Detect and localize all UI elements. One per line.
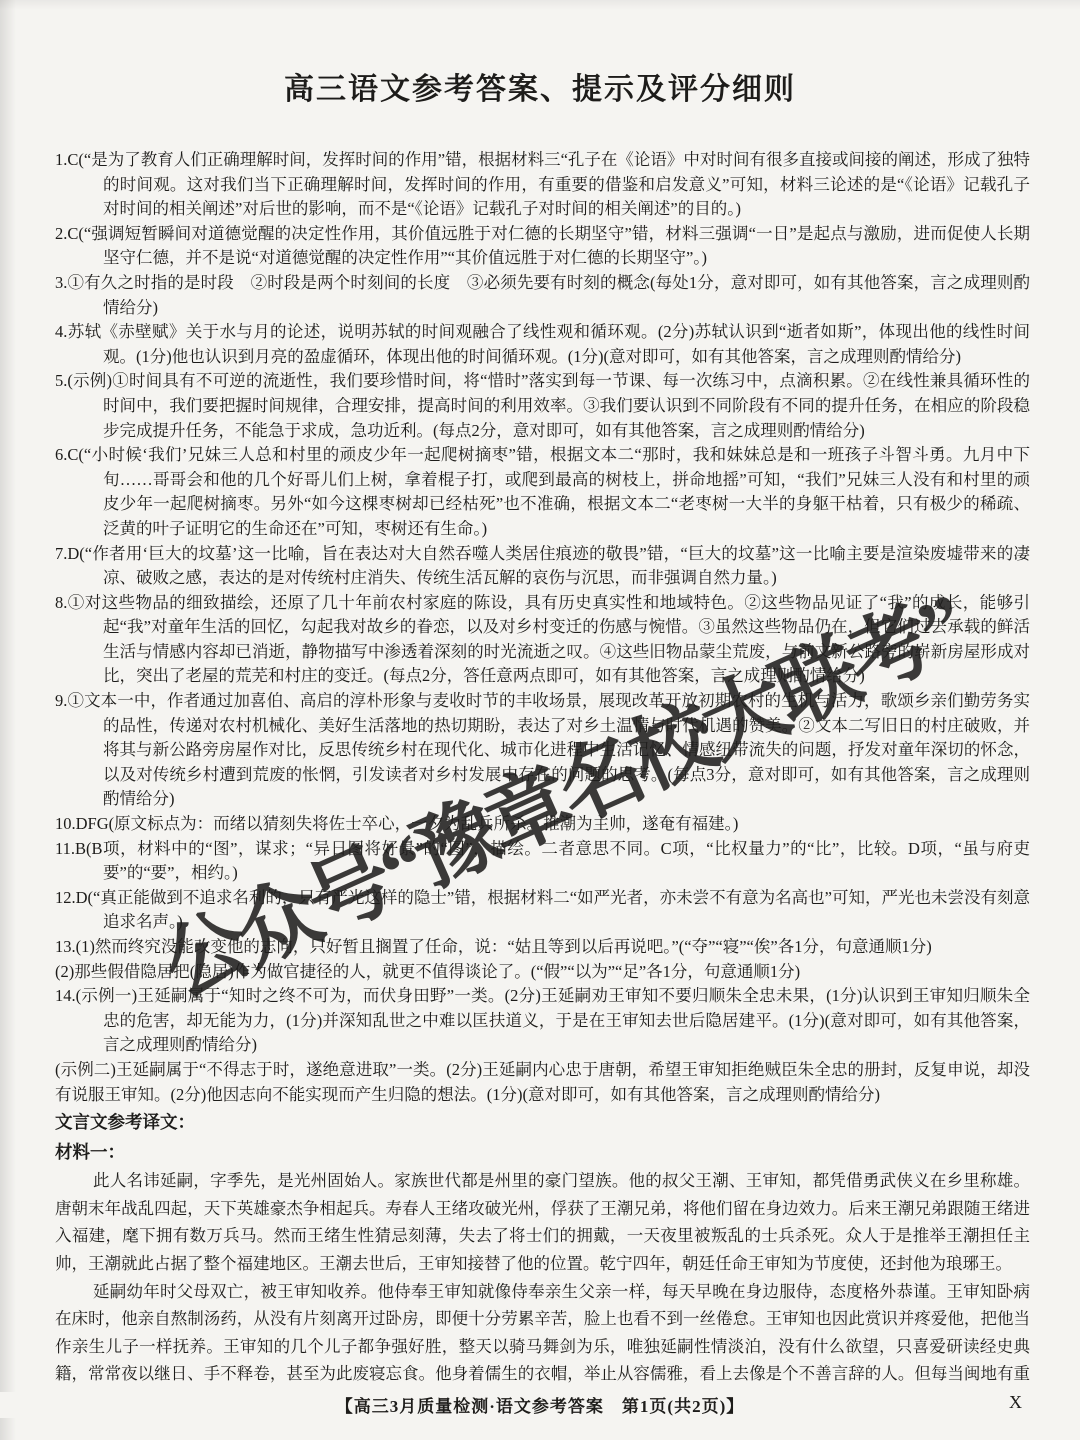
page-footer: 【高三3月质量检测·语文参考答案 第1页(共2页)】 X — [0, 1392, 1080, 1418]
answer-item: 5.(示例)①时间具有不可逆的流逝性，我们要珍惜时间，将“惜时”落实到每一节课、… — [55, 369, 1030, 443]
answer-item: 12.D(“真正能做到不追求名利的，只有严光这样的隐士”错，根据材料二“如严光者… — [55, 886, 1030, 935]
footer-title: 【高三3月质量检测·语文参考答案 第1页(共2页)】 — [0, 1392, 1080, 1417]
answer-item: 13.(1)然而终究没能改变他的志向，只好暂且搁置了任命，说：“姑且等到以后再说… — [55, 935, 1030, 960]
answer-item: 4.苏轼《赤壁赋》关于水与月的论述，说明苏轼的时间观融合了线性观和循环观。(2分… — [55, 320, 1030, 369]
document-body: 1.C(“是为了教育人们正确理解时间，发挥时间的作用”错，根据材料三“孔子在《论… — [55, 148, 1030, 1386]
translation-paragraph: 此人名讳延嗣，字季先，是光州固始人。家族世代都是州里的豪门望族。他的叔父王潮、王… — [55, 1167, 1030, 1277]
answer-item: 1.C(“是为了教育人们正确理解时间，发挥时间的作用”错，根据材料三“孔子在《论… — [55, 148, 1030, 222]
answer-subitem: (2)那些假借隐居把(隐居)作为做官捷径的人，就更不值得谈论了。(“假”“以为”… — [55, 960, 1030, 985]
answer-item: 2.C(“强调短暂瞬间对道德觉醒的决定性作用，其价值远胜于对仁德的长期坚守”错，… — [55, 222, 1030, 271]
answer-item: 11.B(B项，材料中的“图”，谋求；“异日图将好景”的“图”，描绘。二者意思不… — [55, 837, 1030, 886]
answer-item: 9.①文本一中，作者通过加喜伯、高启的淳朴形象与麦收时节的丰收场景，展现改革开放… — [55, 689, 1030, 812]
answer-item: 7.D(“作者用‘巨大的坟墓’这一比喻，旨在表达对大自然吞噬人类居住痕迹的敬畏”… — [55, 542, 1030, 591]
answer-subitem: (示例二)王延嗣属于“不得志于时，遂绝意进取”一类。(2分)王延嗣内心忠于唐朝，… — [55, 1058, 1030, 1107]
answer-item: 3.①有久之时指的是时段 ②时段是两个时刻间的长度 ③必须先要有时刻的概念(每处… — [55, 271, 1030, 320]
page-title: 高三语文参考答案、提示及评分细则 — [0, 0, 1080, 108]
document-page: 高三语文参考答案、提示及评分细则 1.C(“是为了教育人们正确理解时间，发挥时间… — [0, 0, 1080, 1440]
answer-item: 6.C(“小时候‘我们’兄妹三人总和村里的顽皮少年一起爬树摘枣”错，根据文本二“… — [55, 443, 1030, 541]
material-heading: 材料一： — [55, 1137, 1030, 1167]
answer-item: 14.(示例一)王延嗣属于“知时之终不可为，而伏身田野”一类。(2分)王延嗣劝王… — [55, 984, 1030, 1058]
translation-heading: 文言文参考译文： — [55, 1107, 1030, 1137]
answer-item: 8.①对这些物品的细致描绘，还原了几十年前农村家庭的陈设，具有历史真实性和地域特… — [55, 591, 1030, 689]
footer-paper-code: X — [1009, 1392, 1022, 1413]
translation-paragraph: 延嗣幼年时父母双亡，被王审知收养。他侍奉王审知就像侍奉亲生父亲一样，每天早晚在身… — [55, 1278, 1030, 1386]
answer-item: 10.DFG(原文标点为：而绪以猜刻失将佐士卒心，一夕为乱兵所杀。推潮为主帅，遂… — [55, 812, 1030, 837]
